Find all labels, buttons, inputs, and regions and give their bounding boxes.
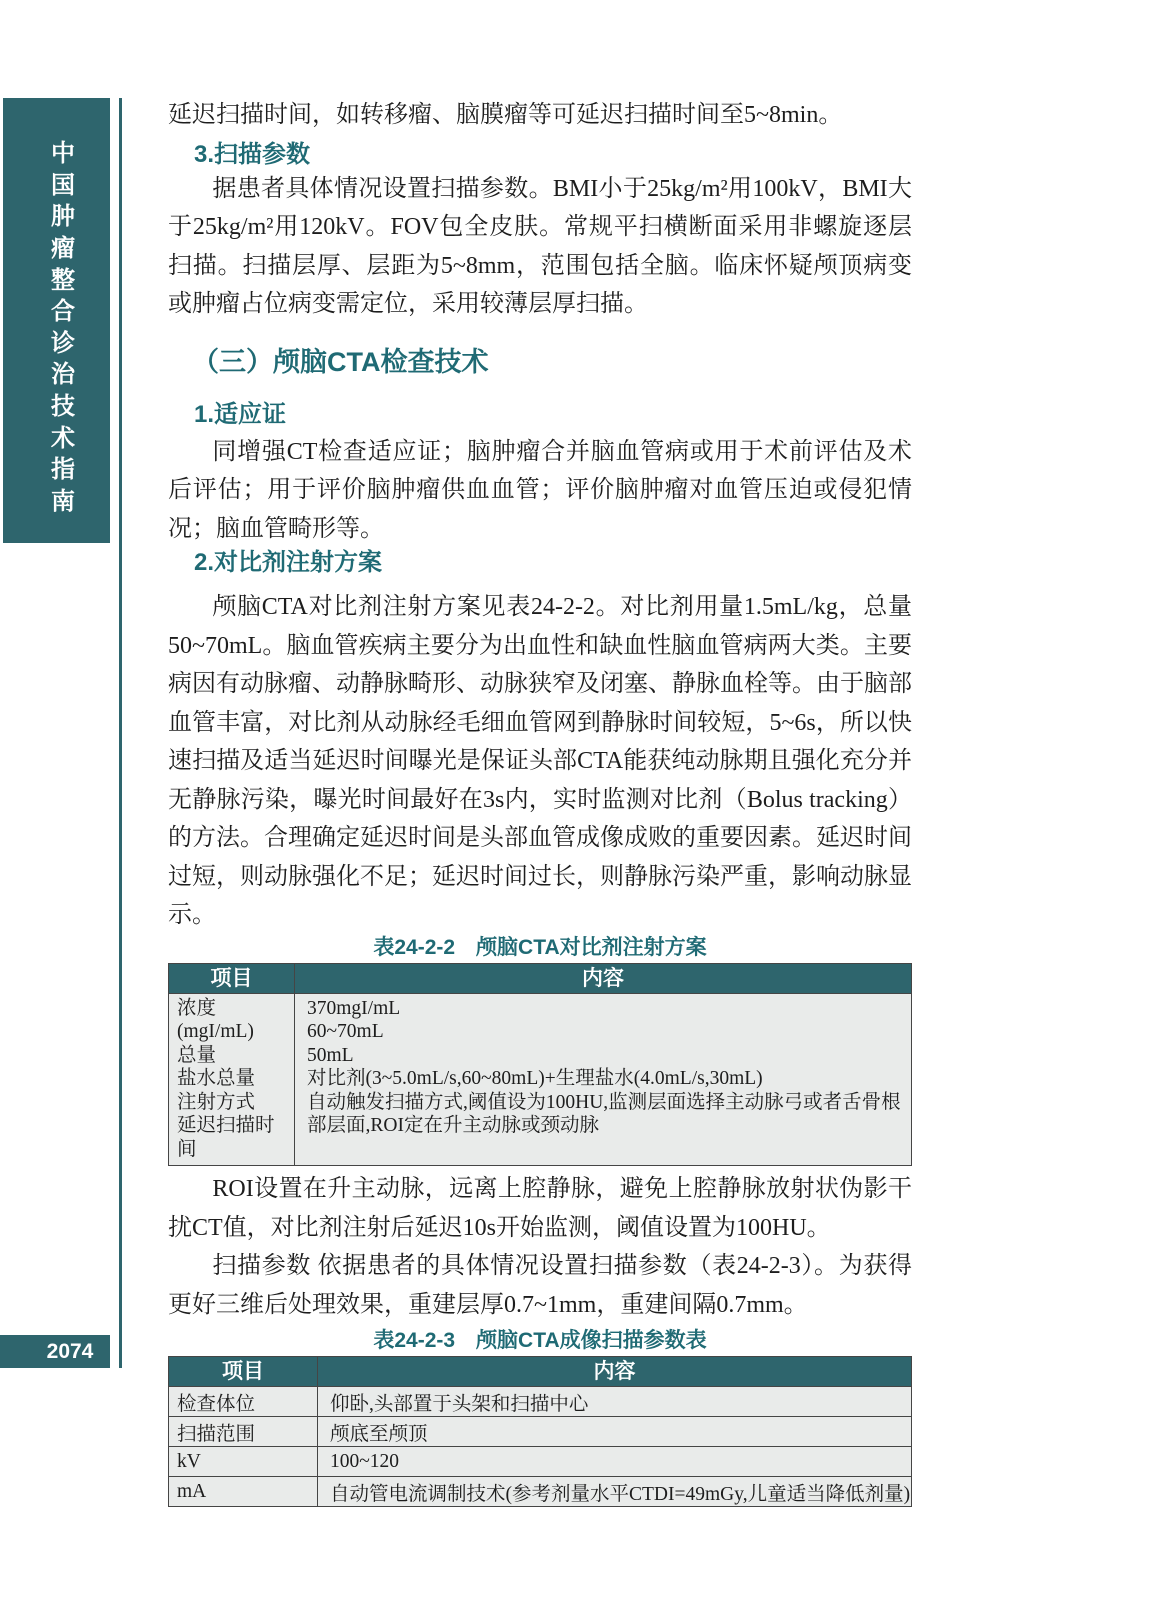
- sidebar-title-band: 中 国 肿 瘤 整 合 诊 治 技 术 指 南: [3, 98, 110, 543]
- sidebar-title-char: 治: [51, 363, 75, 387]
- heading-scan-parameters: 3.扫描参数: [194, 140, 912, 170]
- vertical-divider-rule: [119, 98, 122, 1368]
- table2-row-label: 检查体位: [169, 1387, 318, 1416]
- table1-header-content: 内容: [295, 964, 911, 993]
- heading-indication: 1.适应证: [194, 400, 912, 430]
- table1-value-column: 370mgI/mL 60~70mL 50mL 对比剂(3~5.0mL/s,60~…: [295, 994, 911, 1166]
- table-row: kV 100~120: [169, 1446, 911, 1476]
- table1-caption: 表24-2-2 颅脑CTA对比剂注射方案: [168, 935, 912, 961]
- table1-row-value: 自动触发扫描方式,阈值设为100HU,监测层面选择主动脉弓或者舌骨根部层面,RO…: [307, 1091, 903, 1138]
- table2-row-label: 扫描范围: [169, 1417, 318, 1446]
- table-contrast-injection: 项目 内容 浓度(mgI/mL) 总量 盐水总量 注射方式 延迟扫描时间 370…: [168, 963, 912, 1167]
- main-text-column: 延迟扫描时间，如转移瘤、脑膜瘤等可延迟扫描时间至5~8min。 3.扫描参数 据…: [168, 96, 912, 1507]
- paragraph-scan-parameters: 据患者具体情况设置扫描参数。BMI小于25kg/m²用100kV，BMI大于25…: [168, 170, 912, 324]
- table1-header-row: 项目 内容: [169, 964, 911, 994]
- sidebar-title-char: 技: [51, 395, 75, 419]
- sidebar-title-char: 合: [51, 300, 75, 324]
- paragraph-scan-param-note: 扫描参数 依据患者的具体情况设置扫描参数（表24-2-3）。为获得更好三维后处理…: [168, 1247, 912, 1324]
- table2-header-item: 项目: [169, 1357, 318, 1386]
- table-row: mA 自动管电流调制技术(参考剂量水平CTDI=49mGy,儿童适当降低剂量): [169, 1476, 911, 1506]
- sidebar-title-char: 诊: [51, 332, 75, 356]
- sidebar-title-char: 中: [51, 142, 75, 166]
- heading-section-cta: （三）颅脑CTA检查技术: [192, 345, 912, 379]
- table2-row-label: mA: [169, 1477, 318, 1506]
- table2-row-value: 100~120: [318, 1447, 911, 1476]
- paragraph-contrast-plan: 颅脑CTA对比剂注射方案见表24-2-2。对比剂用量1.5mL/kg，总量50~…: [168, 588, 912, 935]
- table-cta-scan-parameters: 项目 内容 检查体位 仰卧,头部置于头架和扫描中心 扫描范围 颅底至颅顶 kV …: [168, 1356, 912, 1507]
- heading-contrast-plan: 2.对比剂注射方案: [194, 548, 912, 578]
- page-number-badge: 2074: [0, 1335, 110, 1368]
- sidebar-title-char: 肿: [51, 205, 75, 229]
- sidebar-title-char: 南: [51, 490, 75, 514]
- table2-row-label: kV: [169, 1447, 318, 1476]
- table-row: 扫描范围 颅底至颅顶: [169, 1416, 911, 1446]
- table2-row-value: 颅底至颅顶: [318, 1417, 911, 1446]
- table2-header-row: 项目 内容: [169, 1357, 911, 1387]
- sidebar-title-char: 术: [51, 427, 75, 451]
- table1-row-label: 总量: [177, 1044, 290, 1068]
- table1-header-item: 项目: [169, 964, 295, 993]
- table2-header-content: 内容: [318, 1357, 911, 1386]
- table1-row-value: 对比剂(3~5.0mL/s,60~80mL)+生理盐水(4.0mL/s,30mL…: [307, 1067, 903, 1091]
- table2-caption: 表24-2-3 颅脑CTA成像扫描参数表: [168, 1328, 912, 1354]
- paragraph-roi: ROI设置在升主动脉，远离上腔静脉，避免上腔静脉放射状伪影干扰CT值，对比剂注射…: [168, 1170, 912, 1247]
- table1-row-label: 盐水总量: [177, 1067, 290, 1091]
- paragraph-delay-scan: 延迟扫描时间，如转移瘤、脑膜瘤等可延迟扫描时间至5~8min。: [168, 96, 912, 135]
- sidebar-vertical-title: 中 国 肿 瘤 整 合 诊 治 技 术 指 南: [51, 142, 75, 514]
- sidebar-title-char: 国: [51, 174, 75, 198]
- document-page: 中 国 肿 瘤 整 合 诊 治 技 术 指 南 2074 延迟扫描时间，如转移瘤…: [0, 0, 1154, 1607]
- table1-row-label: 浓度(mgI/mL): [177, 997, 290, 1044]
- sidebar-title-char: 瘤: [51, 237, 75, 261]
- table1-row-value: 60~70mL: [307, 1020, 903, 1044]
- table1-row-label: 延迟扫描时间: [177, 1114, 290, 1161]
- table1-body: 浓度(mgI/mL) 总量 盐水总量 注射方式 延迟扫描时间 370mgI/mL…: [169, 994, 911, 1166]
- page-number: 2074: [47, 1340, 94, 1364]
- paragraph-indication: 同增强CT检查适应证；脑肿瘤合并脑血管病或用于术前评估及术后评估；用于评价脑肿瘤…: [168, 433, 912, 549]
- sidebar-title-char: 整: [51, 269, 75, 293]
- sidebar-title-char: 指: [51, 458, 75, 482]
- table1-label-column: 浓度(mgI/mL) 总量 盐水总量 注射方式 延迟扫描时间: [169, 994, 295, 1166]
- table1-row-value: 370mgI/mL: [307, 997, 903, 1021]
- table2-row-value: 仰卧,头部置于头架和扫描中心: [318, 1387, 911, 1416]
- table1-row-label: 注射方式: [177, 1091, 290, 1115]
- table2-row-value: 自动管电流调制技术(参考剂量水平CTDI=49mGy,儿童适当降低剂量): [318, 1477, 911, 1506]
- table-row: 检查体位 仰卧,头部置于头架和扫描中心: [169, 1387, 911, 1416]
- table1-row-value: 50mL: [307, 1044, 903, 1068]
